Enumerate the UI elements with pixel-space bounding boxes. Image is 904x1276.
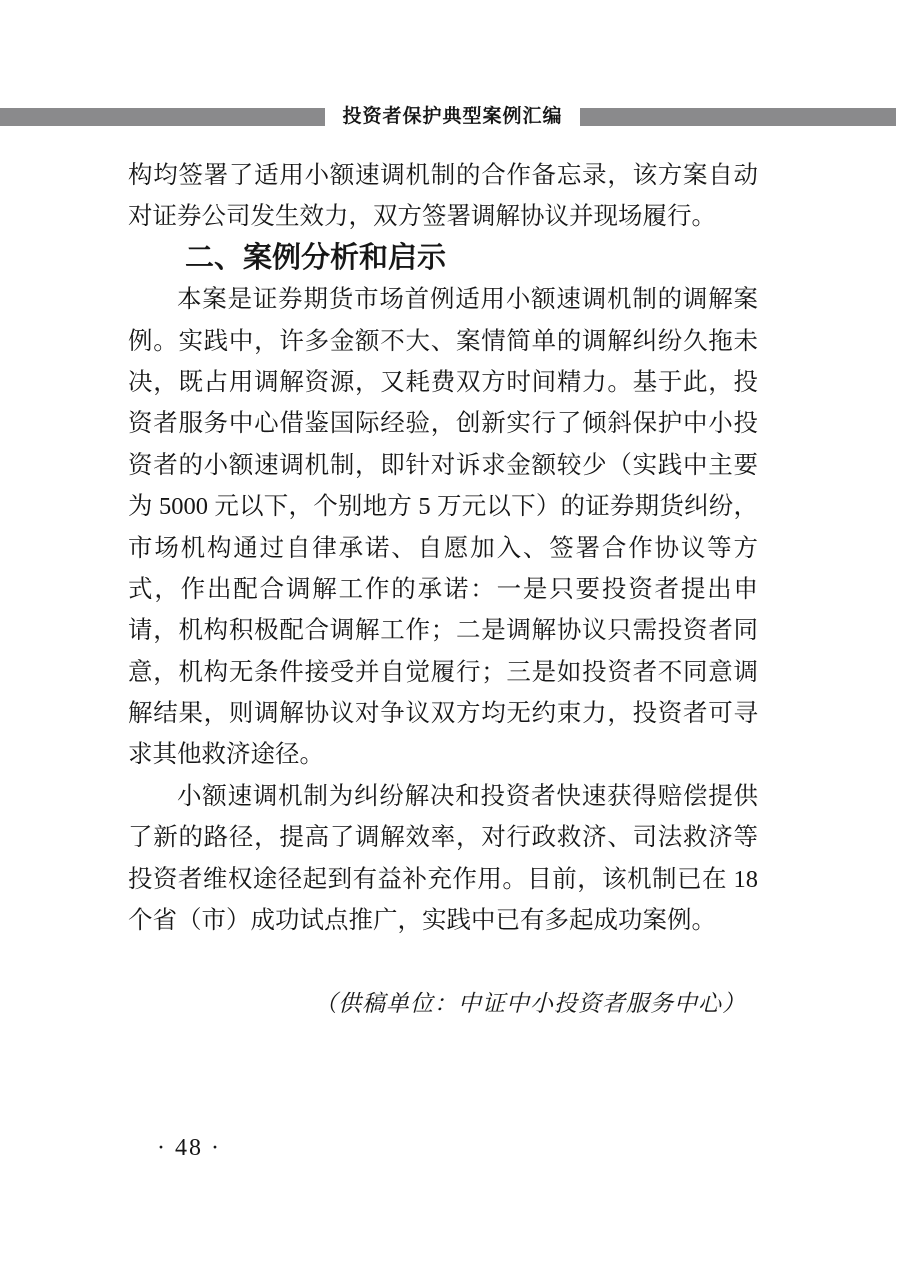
paragraph-continuation: 构均签署了适用小额速调机制的合作备忘录，该方案自动对证券公司发生效力，双方签署调… [128,155,758,238]
running-header-title: 投资者保护典型案例汇编 [325,104,580,130]
document-page: 投资者保护典型案例汇编 构均签署了适用小额速调机制的合作备忘录，该方案自动对证券… [0,0,904,1276]
text-line: 构均签署了适用小额速调机制的合作备忘录，该方案自动 [128,155,758,196]
text-line: 求其他救济途径。 [128,734,758,775]
page-number: · 48 · [157,1128,221,1169]
text-line: 意，机构无条件接受并自觉履行；三是如投资者不同意调 [128,652,758,693]
text-line: 了新的路径，提高了调解效率，对行政救济、司法救济等 [128,817,758,858]
attribution-line: （供稿单位：中证中小投资者服务中心） [128,983,746,1024]
text-line: 式，作出配合调解工作的承诺：一是只要投资者提出申 [128,569,758,610]
text-line: 本案是证券期货市场首例适用小额速调机制的调解案 [128,279,758,320]
section-heading: 二、案例分析和启示 [128,238,758,279]
header-rule-left [0,108,325,126]
text-line: 请，机构积极配合调解工作；二是调解协议只需投资者同 [128,610,758,651]
text-line: 例。实践中，许多金额不大、案情简单的调解纠纷久拖未 [128,321,758,362]
text-line: 投资者维权途径起到有益补充作用。目前，该机制已在 18 [128,859,758,900]
text-line: 小额速调机制为纠纷解决和投资者快速获得赔偿提供 [128,776,758,817]
text-line: 对证券公司发生效力，双方签署调解协议并现场履行。 [128,196,758,237]
text-line: 资者服务中心借鉴国际经验，创新实行了倾斜保护中小投 [128,403,758,444]
header-rule-right [580,108,896,126]
text-line: 市场机构通过自律承诺、自愿加入、签署合作协议等方 [128,528,758,569]
text-line: 资者的小额速调机制，即针对诉求金额较少（实践中主要 [128,445,758,486]
paragraph-significance: 小额速调机制为纠纷解决和投资者快速获得赔偿提供了新的路径，提高了调解效率，对行政… [128,776,758,942]
text-line: 为 5000 元以下，个别地方 5 万元以下）的证券期货纠纷， [128,486,758,527]
running-header: 投资者保护典型案例汇编 [0,104,904,130]
text-line: 决，既占用调解资源，又耗费双方时间精力。基于此，投 [128,362,758,403]
text-line: 解结果，则调解协议对争议双方均无约束力，投资者可寻 [128,693,758,734]
paragraph-case-analysis: 本案是证券期货市场首例适用小额速调机制的调解案例。实践中，许多金额不大、案情简单… [128,279,758,776]
page-body: 构均签署了适用小额速调机制的合作备忘录，该方案自动对证券公司发生效力，双方签署调… [128,155,758,1024]
text-line: 个省（市）成功试点推广，实践中已有多起成功案例。 [128,900,758,941]
